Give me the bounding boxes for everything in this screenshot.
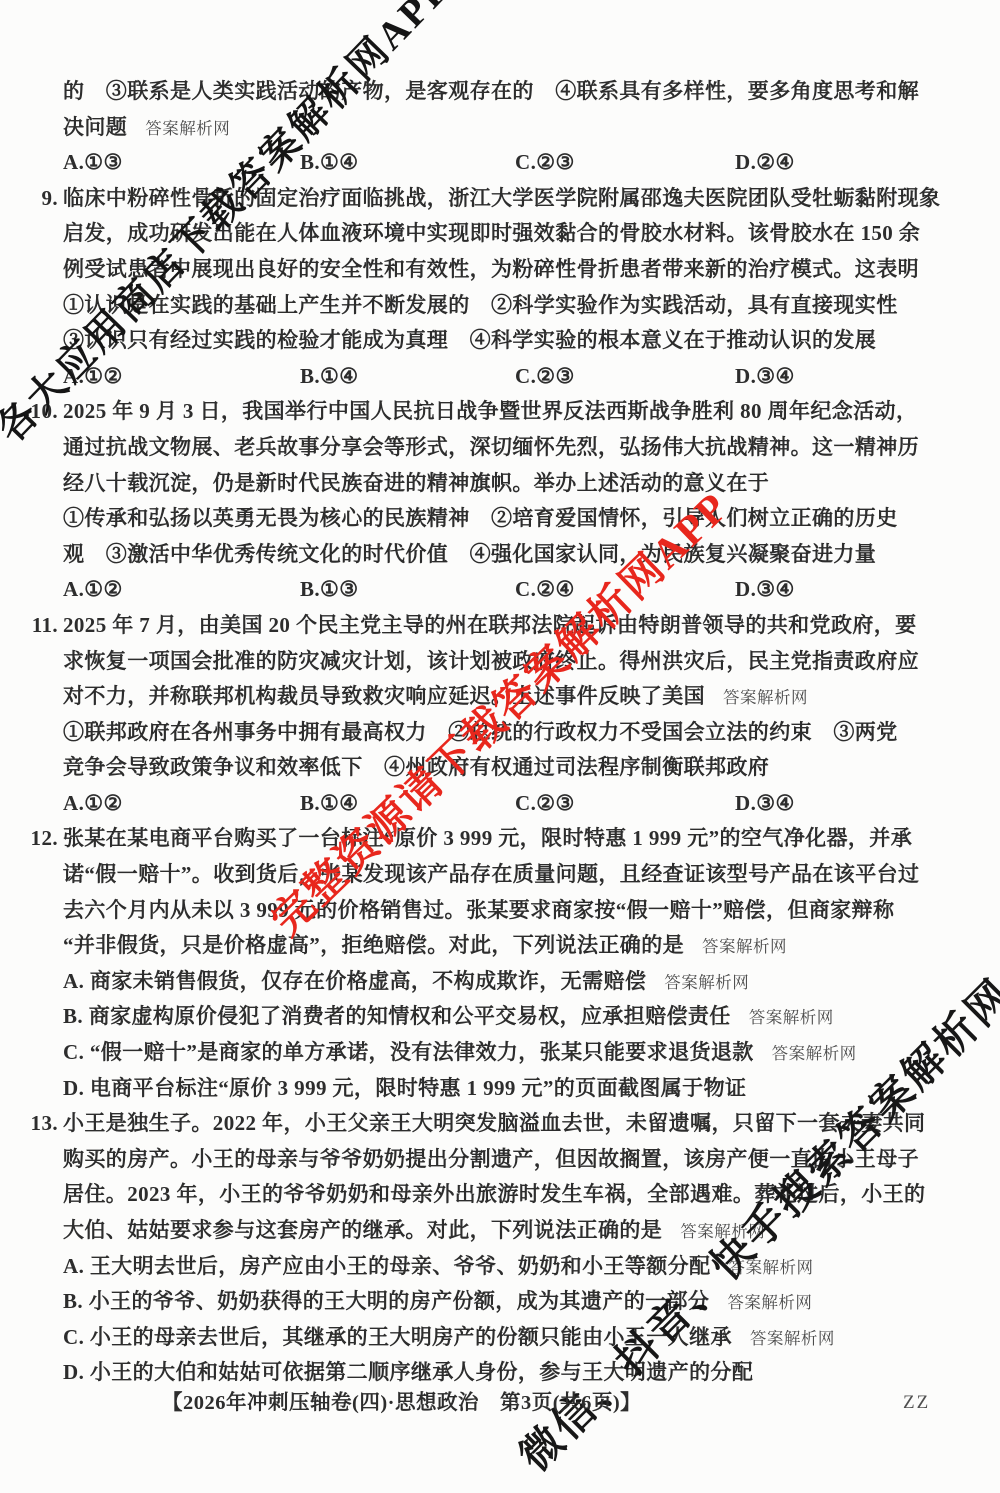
- text-line: ①认识是在实践的基础上产生并不断发展的 ②科学实验作为实践活动，具有直接现实性: [63, 288, 939, 324]
- text-line-text: 2025 年 7 月，由美国 20 个民主党主导的州在联邦法院起诉由特朗普领导的…: [63, 613, 917, 637]
- text-line-text: ③认识只有经过实践的检验才能成为真理 ④科学实验的根本意义在于推动认识的发展: [63, 328, 876, 352]
- option-a: A.①②: [63, 359, 300, 395]
- question-12-first-line: 12.张某在某电商平台购买了一台标注“原价 3 999 元，限时特惠 1 999…: [63, 821, 939, 857]
- text-line: 诺“假一赔十”。收到货后，张某发现该产品存在质量问题，且经查证该型号产品在该平台…: [63, 857, 939, 893]
- text-line-text: 居住。2023 年，小王的爷爷奶奶和母亲外出旅游时发生车祸，全部遇难。葬礼过后，…: [63, 1182, 925, 1206]
- option-c: C.②③: [515, 145, 735, 181]
- text-line-text: 启发，成功研发出能在人体血液环境中实现即时强效黏合的骨胶水材料。该骨胶水在 15…: [63, 221, 920, 245]
- footer-exam-title: 【2026年冲刺压轴卷(四)·思想政治 第3页(共6页)】: [162, 1384, 641, 1422]
- text-line: 大伯、姑姑要求参与这套房产的继承。对此，下列说法正确的是答案解析网: [63, 1213, 939, 1249]
- text-line: 竞争会导致政策争议和效率低下 ④州政府有权通过司法程序制衡联邦政府: [63, 750, 939, 786]
- text-line-text: 临床中粉碎性骨折的固定治疗面临挑战，浙江大学医学院附属邵逸夫医院团队受牡蛎黏附现…: [63, 186, 940, 210]
- text-line-text: A. 商家未销售假货，仅存在价格虚高，不构成欺诈，无需赔偿: [63, 969, 646, 993]
- option-a: A.①②: [63, 786, 300, 822]
- text-line-text: 对不力，并称联邦机构裁员导致救灾响应延迟。上述事件反映了美国: [63, 684, 705, 708]
- text-line-text: 的 ③联系是人类实践活动的产物，是客观存在的 ④联系具有多样性，要多角度思考和解: [63, 79, 919, 103]
- inline-watermark-text: 答案解析网: [772, 1044, 857, 1063]
- text-line-text: 小王是独生子。2022 年，小王父亲王大明突发脑溢血去世，未留遗嘱，只留下一套夫…: [63, 1111, 925, 1135]
- option-a: A.①③: [63, 145, 300, 181]
- option-a: A.①②: [63, 572, 300, 608]
- question-number: 13.: [31, 1106, 63, 1142]
- text-line-text: D. 电商平台标注“原价 3 999 元，限时特惠 1 999 元”的页面截图属…: [63, 1076, 746, 1100]
- option-d: D.③④: [735, 786, 795, 822]
- inline-watermark-text: 答案解析网: [750, 1329, 835, 1348]
- inline-watermark-text: 答案解析网: [723, 688, 808, 707]
- text-line: ③认识只有经过实践的检验才能成为真理 ④科学实验的根本意义在于推动认识的发展: [63, 323, 939, 359]
- text-line-text: 张某在某电商平台购买了一台标注“原价 3 999 元，限时特惠 1 999 元”…: [63, 826, 912, 850]
- text-line: 通过抗战文物展、老兵故事分享会等形式，深切缅怀先烈，弘扬伟大抗战精神。这一精神历: [63, 430, 939, 466]
- text-line-text: C. “假一赔十”是商家的单方承诺，没有法律效力，张某只能要求退货退款: [63, 1040, 754, 1064]
- inline-watermark-text: 答案解析网: [702, 937, 787, 956]
- text-line-text: 观 ③激活中华优秀传统文化的时代价值 ④强化国家认同，为民族复兴凝聚奋进力量: [63, 542, 876, 566]
- text-line-text: 去六个月内从未以 3 999 元的价格销售过。张某要求商家按“假一赔十”赔偿，但…: [63, 898, 894, 922]
- answer-options-row: A.①②B.①④C.②③D.③④: [63, 786, 939, 822]
- option-line-d: D. 电商平台标注“原价 3 999 元，限时特惠 1 999 元”的页面截图属…: [63, 1071, 939, 1107]
- inline-watermark-text: 答案解析网: [145, 119, 230, 138]
- text-line-text: 经八十载沉淀，仍是新时代民族奋进的精神旗帜。举办上述活动的意义在于: [63, 471, 769, 495]
- text-line-text: 决问题: [63, 115, 127, 139]
- text-line-text: 通过抗战文物展、老兵故事分享会等形式，深切缅怀先烈，弘扬伟大抗战精神。这一精神历: [63, 435, 919, 459]
- text-line: 对不力，并称联邦机构裁员导致救灾响应延迟。上述事件反映了美国答案解析网: [63, 679, 939, 715]
- question-11-first-line: 11.2025 年 7 月，由美国 20 个民主党主导的州在联邦法院起诉由特朗普…: [63, 608, 939, 644]
- option-line-c: C. 小王的母亲去世后，其继承的王大明房产的份额只能由小王一人继承答案解析网: [63, 1320, 939, 1356]
- option-d: D.③④: [735, 359, 795, 395]
- answer-options-row: A.①③B.①④C.②③D.②④: [63, 145, 939, 181]
- text-line-text: A. 王大明去世后，房产应由小王的母亲、爷爷、奶奶和小王等额分配: [63, 1254, 710, 1278]
- option-d: D.③④: [735, 572, 795, 608]
- text-line: “并非假货，只是价格虚高”，拒绝赔偿。对此，下列说法正确的是答案解析网: [63, 928, 939, 964]
- text-line: 购买的房产。小王的母亲与爷爷奶奶提出分割遗产，但因故搁置，该房产便一直由小王母子: [63, 1142, 939, 1178]
- question-number: 12.: [31, 821, 63, 857]
- text-line: 观 ③激活中华优秀传统文化的时代价值 ④强化国家认同，为民族复兴凝聚奋进力量: [63, 537, 939, 573]
- option-b: B.①④: [300, 145, 515, 181]
- text-line-text: 2025 年 9 月 3 日，我国举行中国人民抗日战争暨世界反法西斯战争胜利 8…: [63, 399, 917, 423]
- text-line: 经八十载沉淀，仍是新时代民族奋进的精神旗帜。举办上述活动的意义在于: [63, 466, 939, 502]
- inline-watermark-text: 答案解析网: [727, 1293, 812, 1312]
- option-line-c: C. “假一赔十”是商家的单方承诺，没有法律效力，张某只能要求退货退款答案解析网: [63, 1035, 939, 1071]
- option-line-a: A. 商家未销售假货，仅存在价格虚高，不构成欺诈，无需赔偿答案解析网: [63, 964, 939, 1000]
- option-c: C.②④: [515, 572, 735, 608]
- exam-paper-page: 的 ③联系是人类实践活动的产物，是客观存在的 ④联系具有多样性，要多角度思考和解…: [0, 0, 1000, 1493]
- text-line: 决问题答案解析网: [63, 110, 939, 146]
- text-line-text: 竞争会导致政策争议和效率低下 ④州政府有权通过司法程序制衡联邦政府: [63, 755, 769, 779]
- option-line-b: B. 小王的爷爷、奶奶获得的王大明的房产份额，成为其遗产的一部分答案解析网: [63, 1284, 939, 1320]
- text-line: 居住。2023 年，小王的爷爷奶奶和母亲外出旅游时发生车祸，全部遇难。葬礼过后，…: [63, 1177, 939, 1213]
- text-line-text: 购买的房产。小王的母亲与爷爷奶奶提出分割遗产，但因故搁置，该房产便一直由小王母子: [63, 1147, 919, 1171]
- text-line: ①联邦政府在各州事务中拥有最高权力 ②总统的行政权力不受国会立法的约束 ③两党: [63, 715, 939, 751]
- option-c: C.②③: [515, 359, 735, 395]
- text-line: 的 ③联系是人类实践活动的产物，是客观存在的 ④联系具有多样性，要多角度思考和解: [63, 74, 939, 110]
- option-line-b: B. 商家虚构原价侵犯了消费者的知情权和公平交易权，应承担赔偿责任答案解析网: [63, 999, 939, 1035]
- option-line-a: A. 王大明去世后，房产应由小王的母亲、爷爷、奶奶和小王等额分配答案解析网: [63, 1249, 939, 1285]
- text-line: 求恢复一项国会批准的防灾减灾计划，该计划被政府终止。得州洪灾后，民主党指责政府应: [63, 644, 939, 680]
- answer-options-row: A.①②B.①③C.②④D.③④: [63, 572, 939, 608]
- text-line-text: ①联邦政府在各州事务中拥有最高权力 ②总统的行政权力不受国会立法的约束 ③两党: [63, 720, 898, 744]
- question-number: 10.: [31, 394, 63, 430]
- option-c: C.②③: [515, 786, 735, 822]
- question-10-first-line: 10.2025 年 9 月 3 日，我国举行中国人民抗日战争暨世界反法西斯战争胜…: [63, 394, 939, 430]
- text-line: ①传承和弘扬以英勇无畏为核心的民族精神 ②培育爱国情怀，引导人们树立正确的历史: [63, 501, 939, 537]
- inline-watermark-text: 答案解析网: [728, 1258, 813, 1277]
- text-line-text: D. 小王的大伯和姑姑可依据第二顺序继承人身份，参与王大明遗产的分配: [63, 1360, 753, 1384]
- question-number: 9.: [41, 181, 63, 217]
- answer-options-row: A.①②B.①④C.②③D.③④: [63, 359, 939, 395]
- text-line: 启发，成功研发出能在人体血液环境中实现即时强效黏合的骨胶水材料。该骨胶水在 15…: [63, 216, 939, 252]
- exam-body: 的 ③联系是人类实践活动的产物，是客观存在的 ④联系具有多样性，要多角度思考和解…: [63, 74, 939, 1391]
- text-line-text: ①传承和弘扬以英勇无畏为核心的民族精神 ②培育爱国情怀，引导人们树立正确的历史: [63, 506, 898, 530]
- option-b: B.①④: [300, 359, 515, 395]
- text-line: 去六个月内从未以 3 999 元的价格销售过。张某要求商家按“假一赔十”赔偿，但…: [63, 893, 939, 929]
- text-line-text: 求恢复一项国会批准的防灾减灾计划，该计划被政府终止。得州洪灾后，民主党指责政府应: [63, 649, 919, 673]
- inline-watermark-text: 答案解析网: [664, 973, 749, 992]
- option-b: B.①④: [300, 786, 515, 822]
- text-line-text: 例受试患者中展现出良好的安全性和有效性，为粉碎性骨折患者带来新的治疗模式。这表明: [63, 257, 919, 281]
- option-b: B.①③: [300, 572, 515, 608]
- inline-watermark-text: 答案解析网: [680, 1222, 765, 1241]
- text-line-text: C. 小王的母亲去世后，其继承的王大明房产的份额只能由小王一人继承: [63, 1325, 732, 1349]
- question-13-first-line: 13.小王是独生子。2022 年，小王父亲王大明突发脑溢血去世，未留遗嘱，只留下…: [63, 1106, 939, 1142]
- text-line-text: 大伯、姑姑要求参与这套房产的继承。对此，下列说法正确的是: [63, 1218, 662, 1242]
- inline-watermark-text: 答案解析网: [749, 1008, 834, 1027]
- page-footer: 【2026年冲刺压轴卷(四)·思想政治 第3页(共6页)】 ZZ: [0, 1384, 1000, 1422]
- question-number: 11.: [32, 608, 63, 644]
- text-line-text: B. 小王的爷爷、奶奶获得的王大明的房产份额，成为其遗产的一部分: [63, 1289, 709, 1313]
- text-line-text: B. 商家虚构原价侵犯了消费者的知情权和公平交易权，应承担赔偿责任: [63, 1004, 731, 1028]
- option-d: D.②④: [735, 145, 795, 181]
- footer-code: ZZ: [903, 1384, 930, 1422]
- text-line-text: ①认识是在实践的基础上产生并不断发展的 ②科学实验作为实践活动，具有直接现实性: [63, 293, 898, 317]
- text-line-text: “并非假货，只是价格虚高”，拒绝赔偿。对此，下列说法正确的是: [63, 933, 684, 957]
- question-9-first-line: 9.临床中粉碎性骨折的固定治疗面临挑战，浙江大学医学院附属邵逸夫医院团队受牡蛎黏…: [63, 181, 939, 217]
- text-line-text: 诺“假一赔十”。收到货后，张某发现该产品存在质量问题，且经查证该型号产品在该平台…: [63, 862, 919, 886]
- text-line: 例受试患者中展现出良好的安全性和有效性，为粉碎性骨折患者带来新的治疗模式。这表明: [63, 252, 939, 288]
